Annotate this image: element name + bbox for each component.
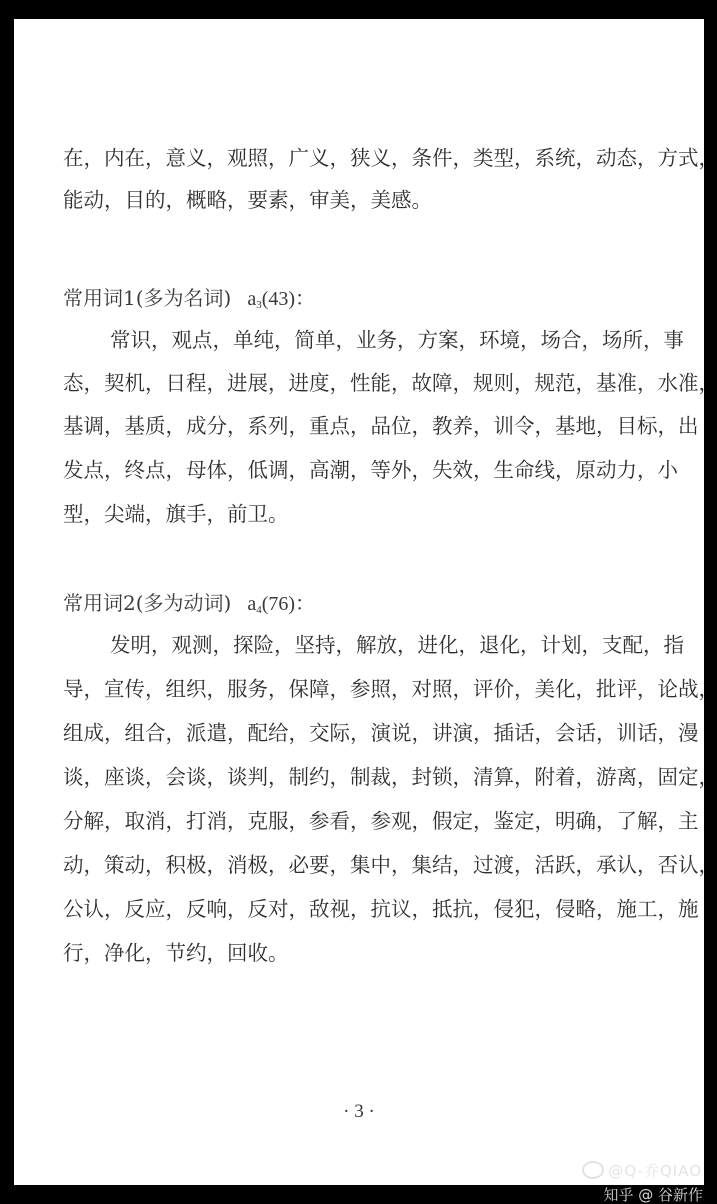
section-2-symbol: a4(76)： [247,593,315,615]
section-2-heading-text: 常用词2(多为动词) [63,591,231,615]
section-1-line-3: 基调，基质，成分，系列，重点，品位，教养，训令，基地，目标，出 [63,411,653,441]
section-2-line-3: 组成，组合，派遣，配给，交际，演说，讲演，插话，会话，训话，漫 [63,718,653,748]
intro-line-2: 能动，目的，概略，要素，审美，美感。 [63,185,653,215]
source-caption: 知乎 @ 谷新作 [603,1186,703,1204]
section-2-line-8: 行，净化，节约，回收。 [63,938,653,968]
watermark: @Q-乔QIAO [582,1160,702,1181]
section-1-line-1: 常识，观点，单纯，简单，业务，方案，环境，场合，场所，事 [110,325,653,355]
section-2-line-1: 发明，观测，探险，坚持，解放，进化，退化，计划，支配，指 [110,630,653,660]
section-1-line-4: 发点，终点，母体，低调，高潮，等外，失效，生命线，原动力，小 [63,455,653,485]
page-number: · 3 · [14,1101,704,1123]
section-2-line-5: 分解，取消，打消，克服，参看，参观，假定，鉴定，明确，了解，主 [63,806,653,836]
section-1-heading: 常用词1(多为名词)a3(43)： [63,283,315,313]
section-2-line-7: 公认，反应，反响，反对，敌视，抗议，抵抗，侵犯，侵略，施工，施 [63,894,653,924]
watermark-text: @Q-乔QIAO [608,1162,702,1180]
intro-line-1: 在，内在，意义，观照，广义，狭义，条件，类型，系统，动态，方式， [63,143,653,173]
section-1-count: (43)： [262,288,315,310]
document-page: 在，内在，意义，观照，广义，狭义，条件，类型，系统，动态，方式， 能动，目的，概… [14,19,704,1185]
section-2-line-6: 动，策动，积极，消极，必要，集中，集结，过渡，活跃，承认，否认， [63,850,653,880]
section-2-count: (76)： [262,593,315,615]
section-2-line-4: 谈，座谈，会谈，谈判，制约，制裁，封锁，清算，附着，游离，固定， [63,762,653,792]
section-2-heading: 常用词2(多为动词)a4(76)： [63,588,315,618]
section-2-line-2: 导，宣传，组织，服务，保障，参照，对照，评价，美化，批评，论战， [63,674,653,704]
section-1-line-2: 态，契机，日程，进展，进度，性能，故障，规则，规范，基准，水准， [63,368,653,398]
section-1-heading-text: 常用词1(多为名词) [63,286,231,310]
weibo-logo-icon [582,1161,604,1179]
section-1-line-5: 型，尖端，旗手，前卫。 [63,499,653,529]
section-1-symbol: a3(43)： [247,288,315,310]
